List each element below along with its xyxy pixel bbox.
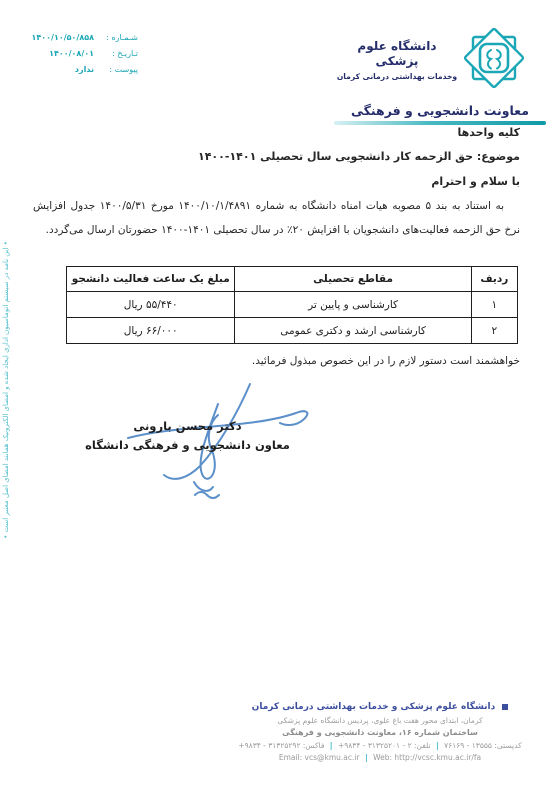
letter-date-value: ۱۴۰۰/۰۸/۰۱	[49, 49, 94, 58]
fax-label: فاکس:	[303, 741, 325, 750]
department-underline	[334, 121, 546, 125]
subject-line: موضوع: حق الزحمه کار دانشجویی سال تحصیلی…	[198, 150, 520, 163]
email-text: Email: vcs@kmu.ac.ir	[279, 753, 360, 762]
university-name: دانشگاه علوم پزشکی	[336, 39, 458, 69]
recipient-line: کلیه واحدها	[457, 126, 520, 139]
fee-table: ردیف مقاطع تحصیلی مبلغ یک ساعت فعالیت دا…	[66, 266, 518, 344]
table-row: ۲ کارشناسی ارشد و دکتری عمومی ۶۶/۰۰۰ ریا…	[67, 318, 518, 344]
signer-title: معاون دانشجویی و فرهنگی دانشگاه	[55, 436, 320, 455]
signer-name: دکتر محسن بارونی	[55, 417, 320, 436]
footer: دانشگاه علوم پزشکی و خدمات بهداشتی درمان…	[210, 702, 550, 762]
cell-hourly-amount: ۶۶/۰۰۰ ریال	[67, 318, 235, 344]
body-paragraph: به استناد به بند ۵ مصوبه هیات امناه دانش…	[33, 194, 520, 242]
phone-label: تلفن:	[414, 741, 431, 750]
footer-org-name: دانشگاه علوم پزشکی و خدمات بهداشتی درمان…	[252, 702, 496, 712]
header-row-number: ردیف	[471, 267, 517, 292]
separator: |	[362, 753, 371, 762]
university-logo-icon	[462, 26, 526, 94]
letter-attachment-label: پیوست :	[98, 65, 138, 74]
postal-code-label: کدپستی:	[494, 741, 521, 750]
department-title: معاونت دانشجویی و فرهنگی	[334, 103, 546, 118]
fax-value: ۳۱۳۲۵۲۹۲ - ۹۸۳۴+	[238, 741, 300, 750]
footer-online-line: Email: vcs@kmu.ac.ir | Web: http://vcsc.…	[210, 753, 550, 762]
signature-block: دکتر محسن بارونی معاون دانشجویی و فرهنگی…	[55, 417, 320, 455]
official-letter-page: دانشگاه علوم پزشکی وخدمات بهداشتی درمانی…	[0, 0, 552, 789]
postal-code-value: ۱۳۵۵۵ - ۷۶۱۶۹	[444, 741, 492, 750]
letter-number-value: ۱۴۰۰/۱۰/۵۰/۸۵۸	[32, 33, 94, 42]
header-education-level: مقاطع تحصیلی	[235, 267, 471, 292]
letter-attachment-value: ندارد	[75, 65, 94, 74]
footer-org-line: دانشگاه علوم پزشکی و خدمات بهداشتی درمان…	[210, 702, 550, 712]
cell-hourly-amount: ۵۵/۴۴۰ ریال	[67, 292, 235, 318]
footer-contact-line: کدپستی: ۱۳۵۵۵ - ۷۶۱۶۹ | تلفن: ۲ - ۳۱۳۲۵۲…	[210, 741, 550, 750]
table-header-row: ردیف مقاطع تحصیلی مبلغ یک ساعت فعالیت دا…	[67, 267, 518, 292]
cell-education-level: کارشناسی ارشد و دکتری عمومی	[235, 318, 471, 344]
letter-meta: شـمـاره : ۱۴۰۰/۱۰/۵۰/۸۵۸ تـاریـخ : ۱۴۰۰/…	[16, 33, 138, 81]
cell-education-level: کارشناسی و پایین تر	[235, 292, 471, 318]
closing-line: خواهشمند است دستور لازم را در این خصوص م…	[252, 355, 520, 367]
phone-value: ۲ - ۳۱۳۲۵۲۰۱ - ۹۸۳۴+	[338, 741, 412, 750]
salutation-line: با سلام و احترام	[431, 175, 520, 188]
separator: |	[327, 741, 336, 750]
letter-date-label: تـاریـخ :	[98, 49, 138, 58]
web-text: Web: http://vcsc.kmu.ac.ir/fa	[373, 753, 481, 762]
letter-number-label: شـمـاره :	[98, 33, 138, 42]
electronic-signature-note: • این نامه در سیستم اتوماسیون اداری ایجا…	[2, 225, 14, 555]
header-hourly-amount: مبلغ یک ساعت فعالیت دانشجو	[67, 267, 235, 292]
footer-address-line1: کرمان، ابتدای محور هفت باغ علوی، پردیس د…	[210, 716, 550, 725]
footer-address-line2: ساختمان شماره ۱۶، معاونت دانشجویی و فرهن…	[210, 728, 550, 737]
cell-row-number: ۲	[471, 318, 517, 344]
table-row: ۱ کارشناسی و پایین تر ۵۵/۴۴۰ ریال	[67, 292, 518, 318]
university-subname: وخدمات بهداشتی درمانی کرمان	[336, 72, 458, 81]
square-bullet-icon	[502, 704, 508, 710]
separator: |	[433, 741, 442, 750]
letterhead: دانشگاه علوم پزشکی وخدمات بهداشتی درمانی…	[334, 26, 546, 125]
cell-row-number: ۱	[471, 292, 517, 318]
